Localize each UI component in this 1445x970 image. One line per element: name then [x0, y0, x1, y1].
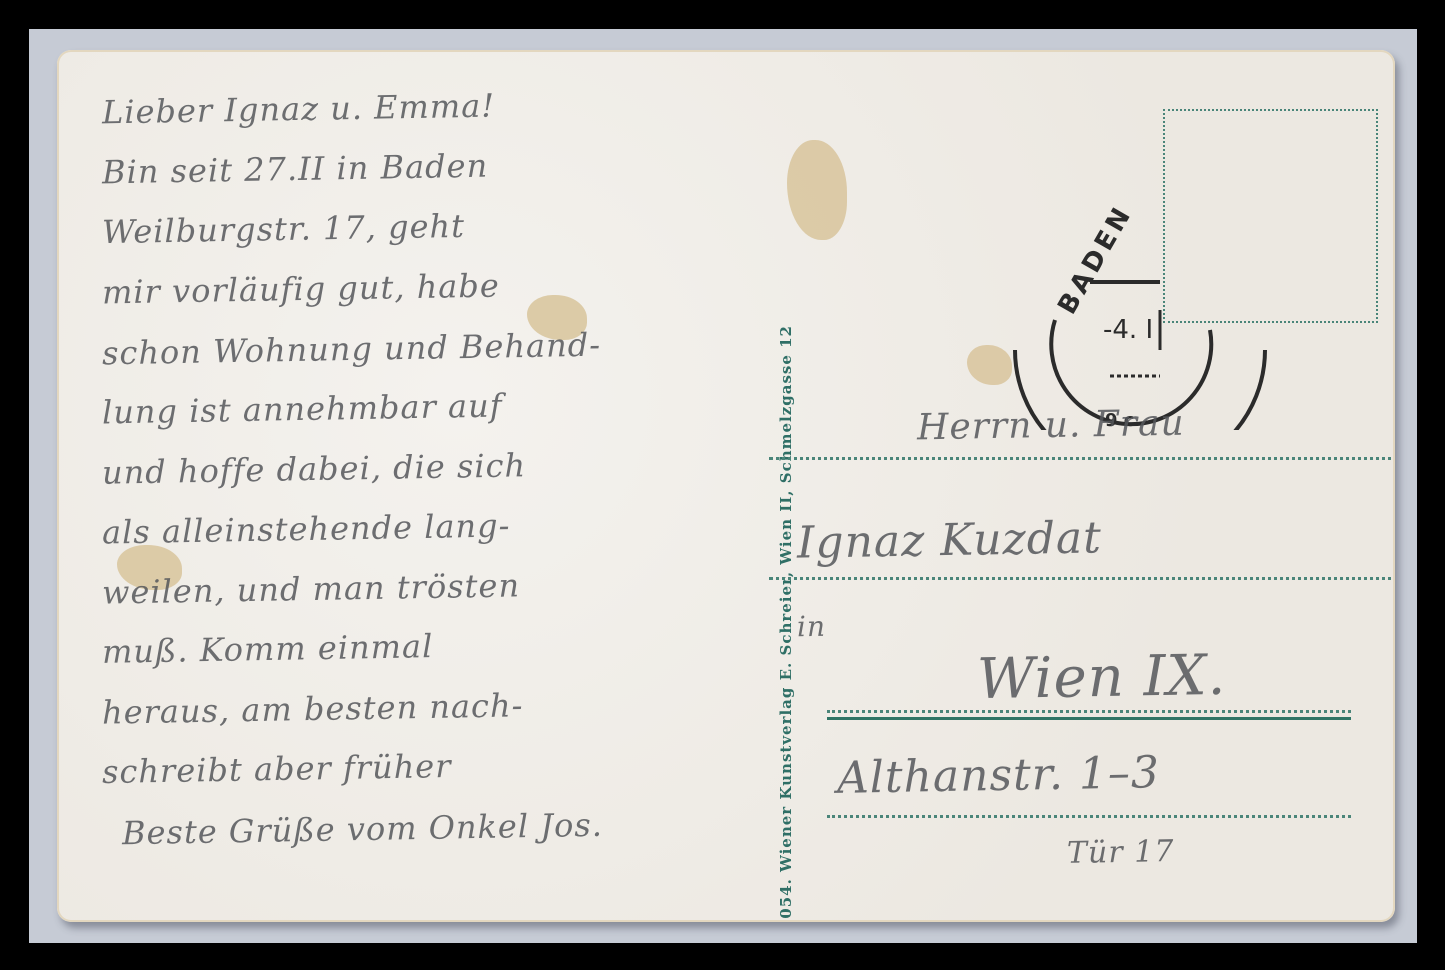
- address-rule: [827, 815, 1351, 818]
- address-line: in: [797, 610, 827, 644]
- message-line: mir vorläufig gut, habe: [102, 267, 500, 312]
- postmark-date: -4. I: [1103, 315, 1153, 345]
- message-line: Beste Grüße vom Onkel Jos.: [122, 806, 604, 852]
- address-line: Herrn u. Frau: [917, 403, 1185, 449]
- message-line: heraus, am besten nach-: [102, 686, 524, 731]
- message-line: weilen, und man trösten: [102, 566, 521, 611]
- address-rule: [827, 710, 1351, 713]
- message-line: Weilburgstr. 17, geht: [102, 207, 466, 251]
- message-line: schreibt aber früher: [102, 747, 452, 791]
- address-rule: [769, 457, 1395, 460]
- address-line: Althanstr. 1–3: [837, 747, 1161, 804]
- message-line: und hoffe dabei, die sich: [102, 446, 527, 491]
- message-line: Bin seit 27.II in Baden: [102, 147, 489, 192]
- message-line: als alleinstehende lang-: [102, 506, 511, 551]
- message-line: lung ist annehmbar auf: [102, 387, 503, 432]
- postcard: Lieber Ignaz u. Emma!Bin seit 27.II in B…: [57, 50, 1395, 922]
- message-line: Lieber Ignaz u. Emma!: [102, 87, 496, 132]
- publisher-imprint: Nr 1054. Wiener Kunstverlag E. Schreier,…: [777, 325, 795, 922]
- address-rule: [769, 577, 1395, 580]
- address-line: Wien IX.: [976, 643, 1226, 712]
- message-line: muß. Komm einmal: [102, 627, 434, 671]
- paper-stain: [787, 140, 847, 240]
- message-line: schon Wohnung und Behand-: [102, 326, 602, 373]
- postmark: BADEN -4. I 9 c: [995, 210, 1295, 430]
- address-line: Ignaz Kuzdat: [797, 512, 1103, 568]
- address-line: Tür 17: [1067, 834, 1175, 871]
- address-rule-solid: [827, 717, 1351, 720]
